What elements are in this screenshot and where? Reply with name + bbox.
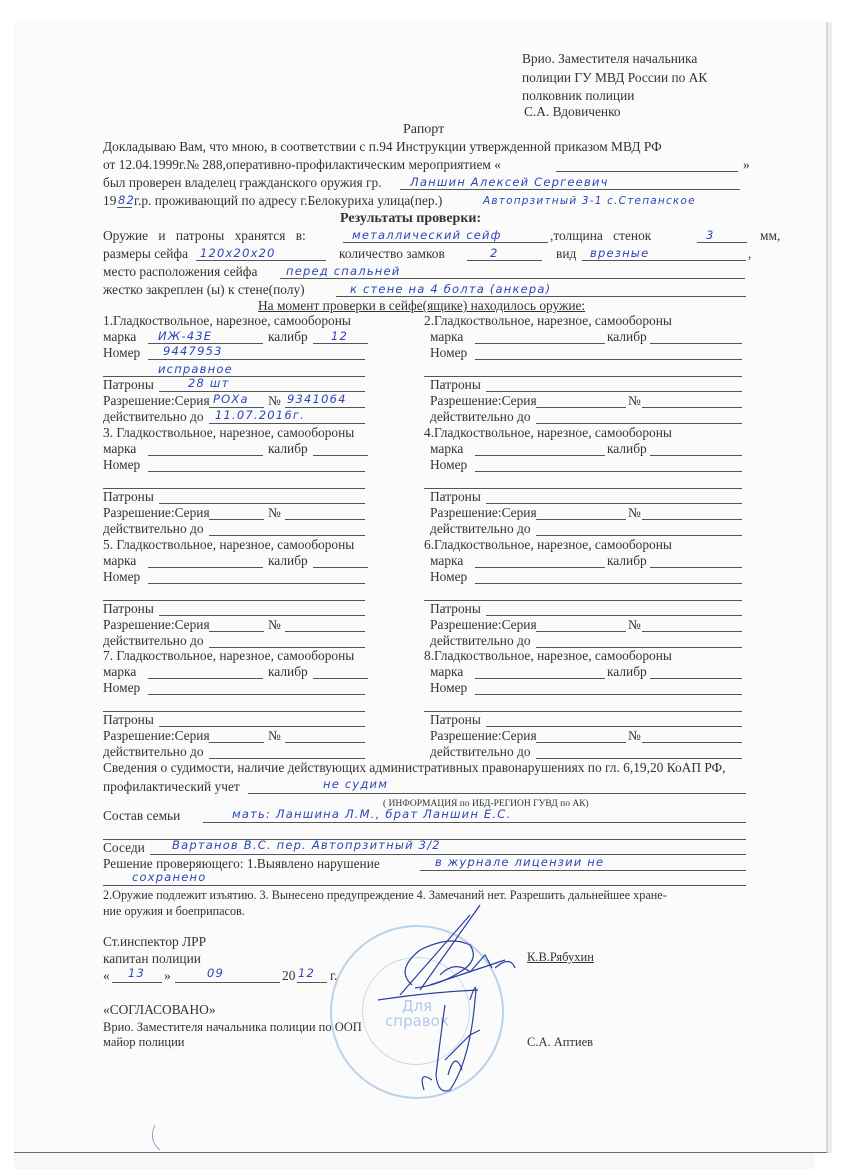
permit-series-label: Разрешение:Серия bbox=[103, 617, 210, 633]
permit-series-label: Разрешение:Серия bbox=[430, 617, 537, 633]
decision-value-1: в журнале лицензии не bbox=[435, 855, 604, 869]
neighbors-value: Вартанов В.С. пер. Автопрзитный 3/2 bbox=[172, 838, 441, 852]
cartridges-value: 28 шт bbox=[188, 376, 230, 390]
cartridges-field[interactable] bbox=[159, 726, 365, 727]
weapons-heading: На момент проверки в сейфе(ящике) находи… bbox=[258, 298, 585, 314]
addressee-name: С.А. Вдовиченко bbox=[524, 104, 621, 120]
valid-until-field[interactable] bbox=[536, 758, 742, 759]
decision-field-2[interactable] bbox=[103, 885, 746, 886]
permit-no-label: № bbox=[268, 617, 281, 633]
brand-value: ИЖ-43Е bbox=[158, 329, 212, 343]
approver-role-2: майор полиции bbox=[103, 1034, 184, 1050]
caliber-field[interactable] bbox=[650, 455, 742, 456]
caliber-field[interactable] bbox=[650, 678, 742, 679]
permit-no-field[interactable] bbox=[285, 631, 365, 632]
caliber-field[interactable] bbox=[313, 455, 368, 456]
approver-role-1: Врио. Заместителя начальника полиции по … bbox=[103, 1019, 362, 1035]
date-month: 09 bbox=[207, 966, 224, 980]
size-label: размеры сейфа bbox=[103, 246, 188, 262]
inspector-name: К.В.Рябухин bbox=[527, 949, 594, 965]
permit-series-field[interactable] bbox=[209, 631, 264, 632]
permit-no-value: 9341064 bbox=[287, 392, 347, 406]
family-value: мать: Ланшина Л.М., брат Ланшин Е.С. bbox=[232, 807, 511, 821]
valid-until-field[interactable] bbox=[209, 758, 365, 759]
birth-year-field[interactable] bbox=[117, 207, 132, 208]
number-note: исправное bbox=[158, 362, 233, 376]
records-value: не судим bbox=[323, 777, 388, 791]
permit-no-label: № bbox=[268, 505, 281, 521]
owner-name-value: Ланшин Алексей Сергеевич bbox=[410, 175, 609, 189]
weapon-title: 5. Гладкоствольное, нарезное, самооборон… bbox=[103, 537, 354, 553]
permit-no-label: № bbox=[268, 728, 281, 744]
permit-no-field[interactable] bbox=[642, 742, 742, 743]
fixed-value: к стене на 4 болта (анкера) bbox=[350, 282, 551, 296]
date-year-field[interactable] bbox=[297, 982, 327, 983]
caliber-value: 12 bbox=[331, 329, 348, 343]
date-open: « bbox=[103, 968, 110, 984]
valid-until-label: действительно до bbox=[430, 409, 531, 425]
permit-no-label: № bbox=[628, 728, 641, 744]
cartridges-field[interactable] bbox=[159, 503, 365, 504]
owner-name-field[interactable] bbox=[400, 189, 740, 190]
intro-line-3: был проверен владелец гражданского оружи… bbox=[103, 175, 382, 191]
permit-series-field[interactable] bbox=[536, 742, 626, 743]
caliber-label: калибр bbox=[607, 329, 647, 345]
decision-field[interactable] bbox=[420, 870, 746, 871]
weapon-title: 1.Гладкоствольное, нарезное, самообороны bbox=[103, 313, 351, 329]
cartridges-label: Патроны bbox=[103, 489, 154, 505]
records-label: профилактический учет bbox=[103, 779, 240, 795]
number-label: Номер bbox=[103, 680, 140, 696]
weapon-title: 3. Гладкоствольное, нарезное, самооборон… bbox=[103, 425, 354, 441]
permit-no-field[interactable] bbox=[285, 742, 365, 743]
number-field[interactable] bbox=[475, 694, 742, 695]
thickness-value: 3 bbox=[706, 228, 715, 242]
weapon-title: 2.Гладкоствольное, нарезное, самообороны bbox=[424, 313, 672, 329]
agreed-label: «СОГЛАСОВАНО» bbox=[103, 1002, 216, 1018]
decision-line-2: 2.Оружие подлежит изъятию. 3. Вынесено п… bbox=[103, 887, 667, 903]
cartridges-field[interactable] bbox=[486, 391, 742, 392]
brand-field[interactable] bbox=[475, 678, 605, 679]
caliber-label: калибр bbox=[268, 441, 308, 457]
permit-series-label: Разрешение:Серия bbox=[430, 728, 537, 744]
decision-value-2: сохранено bbox=[132, 870, 206, 884]
permit-series-field[interactable] bbox=[209, 519, 264, 520]
family-label: Состав семьи bbox=[103, 808, 180, 824]
permit-no-label: № bbox=[628, 505, 641, 521]
weapon-title: 4.Гладкоствольное, нарезное, самообороны bbox=[424, 425, 672, 441]
storage-field[interactable] bbox=[343, 242, 548, 243]
permit-series-field[interactable] bbox=[536, 631, 626, 632]
type-value: врезные bbox=[590, 246, 649, 260]
locks-field[interactable] bbox=[467, 260, 542, 261]
birth-year-prefix: 19 bbox=[103, 193, 116, 209]
addressee-line-3: полковник полиции bbox=[522, 88, 634, 104]
permit-series-label: Разрешение:Серия bbox=[103, 728, 210, 744]
addressee-line-2: полиции ГУ МВД России по АК bbox=[522, 70, 707, 86]
cartridges-field[interactable] bbox=[159, 615, 365, 616]
document-title: Рапорт bbox=[403, 122, 444, 138]
official-stamp: Для справок bbox=[330, 925, 504, 1099]
brand-label: марка bbox=[103, 664, 136, 680]
caliber-label: калибр bbox=[268, 664, 308, 680]
valid-until-label: действительно до bbox=[430, 744, 531, 760]
valid-until-label: действительно до bbox=[430, 633, 531, 649]
valid-until-field[interactable] bbox=[536, 423, 742, 424]
permit-no-field[interactable] bbox=[642, 631, 742, 632]
date-month-field[interactable] bbox=[175, 982, 280, 983]
event-name-field[interactable] bbox=[556, 171, 738, 172]
number-value: 9447953 bbox=[163, 344, 223, 358]
type-label: вид bbox=[556, 246, 576, 262]
storage-value: металлический сейф bbox=[352, 228, 502, 242]
caliber-label: калибр bbox=[268, 329, 308, 345]
type-suffix: , bbox=[748, 246, 751, 262]
weapon-title: 7. Гладкоствольное, нарезное, самооборон… bbox=[103, 648, 354, 664]
size-field[interactable] bbox=[196, 260, 326, 261]
thickness-label: ,толщина стенок bbox=[550, 228, 651, 244]
number-label: Номер bbox=[430, 457, 467, 473]
brand-label: марка bbox=[103, 441, 136, 457]
fixed-label: жестко закреплен (ы) к стене(полу) bbox=[103, 282, 305, 298]
type-field[interactable] bbox=[582, 260, 746, 261]
permit-series-label: Разрешение:Серия bbox=[103, 393, 210, 409]
brand-label: марка bbox=[430, 329, 463, 345]
valid-until-field[interactable] bbox=[536, 535, 742, 536]
brand-label: марка bbox=[430, 664, 463, 680]
date-year: 12 bbox=[298, 966, 315, 980]
cartridges-label: Патроны bbox=[430, 712, 481, 728]
cartridges-label: Патроны bbox=[430, 601, 481, 617]
cartridges-label: Патроны bbox=[103, 601, 154, 617]
date-close: » bbox=[164, 968, 171, 984]
birth-year-value: 82 bbox=[118, 193, 135, 207]
decision-line-3: ние оружия и боеприпасов. bbox=[103, 903, 245, 919]
weapon-title: 6.Гладкоствольное, нарезное, самообороны bbox=[424, 537, 672, 553]
results-heading: Результаты проверки: bbox=[340, 211, 481, 227]
permit-no-field[interactable] bbox=[642, 519, 742, 520]
number-field[interactable] bbox=[148, 359, 365, 360]
addressee-line-1: Врио. Заместителя начальника bbox=[522, 51, 697, 67]
address-value: Автопрзитный 3-1 с.Степанское bbox=[483, 194, 696, 208]
caliber-field[interactable] bbox=[650, 567, 742, 568]
brand-label: марка bbox=[430, 441, 463, 457]
date-g: г. bbox=[330, 968, 337, 984]
caliber-label: калибр bbox=[607, 441, 647, 457]
cartridges-field[interactable] bbox=[486, 615, 742, 616]
date-year-prefix: 20 bbox=[282, 968, 295, 984]
family-field[interactable] bbox=[203, 822, 746, 823]
number-label: Номер bbox=[103, 569, 140, 585]
permit-series-field[interactable] bbox=[536, 407, 626, 408]
permit-series-label: Разрешение:Серия bbox=[103, 505, 210, 521]
brand-field[interactable] bbox=[148, 678, 263, 679]
location-label: место расположения сейфа bbox=[103, 264, 257, 280]
permit-series-field[interactable] bbox=[209, 742, 264, 743]
number-field[interactable] bbox=[148, 471, 365, 472]
thickness-unit: мм, bbox=[760, 228, 780, 244]
page-underlay bbox=[14, 1153, 814, 1169]
location-value: перед спальней bbox=[286, 264, 400, 278]
permit-series-label: Разрешение:Серия bbox=[430, 393, 537, 409]
number-label: Номер bbox=[103, 345, 140, 361]
permit-series-field[interactable] bbox=[536, 519, 626, 520]
valid-until-label: действительно до bbox=[103, 409, 204, 425]
number-field[interactable] bbox=[475, 471, 742, 472]
caliber-field[interactable] bbox=[650, 343, 742, 344]
number-field[interactable] bbox=[475, 359, 742, 360]
intro-line-4: г.р. проживающий по адресу г.Белокуриха … bbox=[134, 193, 442, 209]
cartridges-label: Патроны bbox=[430, 489, 481, 505]
location-field[interactable] bbox=[280, 278, 745, 279]
valid-until-field[interactable] bbox=[209, 535, 365, 536]
number-label: Номер bbox=[430, 569, 467, 585]
permit-no-label: № bbox=[268, 393, 281, 409]
brand-field[interactable] bbox=[148, 455, 263, 456]
valid-until-field[interactable] bbox=[209, 423, 365, 424]
intro-line-1: Докладываю Вам, что мною, в соответствии… bbox=[103, 139, 662, 155]
cartridges-field[interactable] bbox=[486, 726, 742, 727]
valid-until-value: 11.07.2016г. bbox=[215, 408, 305, 422]
cartridges-field[interactable] bbox=[486, 503, 742, 504]
date-day-field[interactable] bbox=[112, 982, 162, 983]
neighbors-label: Соседи bbox=[103, 840, 145, 856]
records-field[interactable] bbox=[248, 793, 746, 794]
brand-field[interactable] bbox=[475, 455, 605, 456]
brand-label: марка bbox=[430, 553, 463, 569]
number-field[interactable] bbox=[475, 583, 742, 584]
valid-until-label: действительно до bbox=[103, 633, 204, 649]
inspector-role-1: Ст.инспектор ЛРР bbox=[103, 934, 206, 950]
cartridges-label: Патроны bbox=[430, 377, 481, 393]
intro-quote-close: » bbox=[743, 157, 750, 173]
brand-field[interactable] bbox=[148, 567, 263, 568]
locks-label: количество замков bbox=[339, 246, 445, 262]
records-line-1: Сведения о судимости, наличие действующи… bbox=[103, 760, 726, 776]
number-label: Номер bbox=[430, 345, 467, 361]
weapon-title: 8.Гладкоствольное, нарезное, самообороны bbox=[424, 648, 672, 664]
valid-until-label: действительно до bbox=[430, 521, 531, 537]
brand-label: марка bbox=[103, 553, 136, 569]
number-field[interactable] bbox=[148, 694, 365, 695]
caliber-field[interactable] bbox=[313, 567, 368, 568]
caliber-field[interactable] bbox=[313, 343, 368, 344]
permit-no-label: № bbox=[628, 393, 641, 409]
thickness-field[interactable] bbox=[697, 242, 747, 243]
locks-value: 2 bbox=[490, 246, 499, 260]
permit-no-label: № bbox=[628, 617, 641, 633]
date-day: 13 bbox=[128, 966, 145, 980]
brand-field[interactable] bbox=[475, 343, 605, 344]
caliber-field[interactable] bbox=[313, 678, 368, 679]
brand-label: марка bbox=[103, 329, 136, 345]
permit-series-value: РОХа bbox=[213, 392, 249, 406]
inspector-role-2: капитан полиции bbox=[103, 951, 201, 967]
number-label: Номер bbox=[103, 457, 140, 473]
cartridges-label: Патроны bbox=[103, 377, 154, 393]
permit-series-label: Разрешение:Серия bbox=[430, 505, 537, 521]
permit-no-field[interactable] bbox=[642, 407, 742, 408]
number-label: Номер bbox=[430, 680, 467, 696]
cartridges-label: Патроны bbox=[103, 712, 154, 728]
caliber-label: калибр bbox=[607, 553, 647, 569]
approver-name: С.А. Аптиев bbox=[527, 1034, 593, 1050]
caliber-label: калибр bbox=[607, 664, 647, 680]
valid-until-label: действительно до bbox=[103, 521, 204, 537]
brand-field[interactable] bbox=[475, 567, 605, 568]
number-field[interactable] bbox=[148, 583, 365, 584]
caliber-label: калибр bbox=[268, 553, 308, 569]
size-value: 120x20x20 bbox=[200, 246, 276, 260]
intro-line-2: от 12.04.1999г.№ 288,оперативно-профилак… bbox=[103, 157, 501, 173]
valid-until-label: действительно до bbox=[103, 744, 204, 760]
fixed-field[interactable] bbox=[336, 296, 746, 297]
permit-no-field[interactable] bbox=[285, 519, 365, 520]
storage-label: Оружие и патроны хранятся в: bbox=[103, 228, 306, 244]
